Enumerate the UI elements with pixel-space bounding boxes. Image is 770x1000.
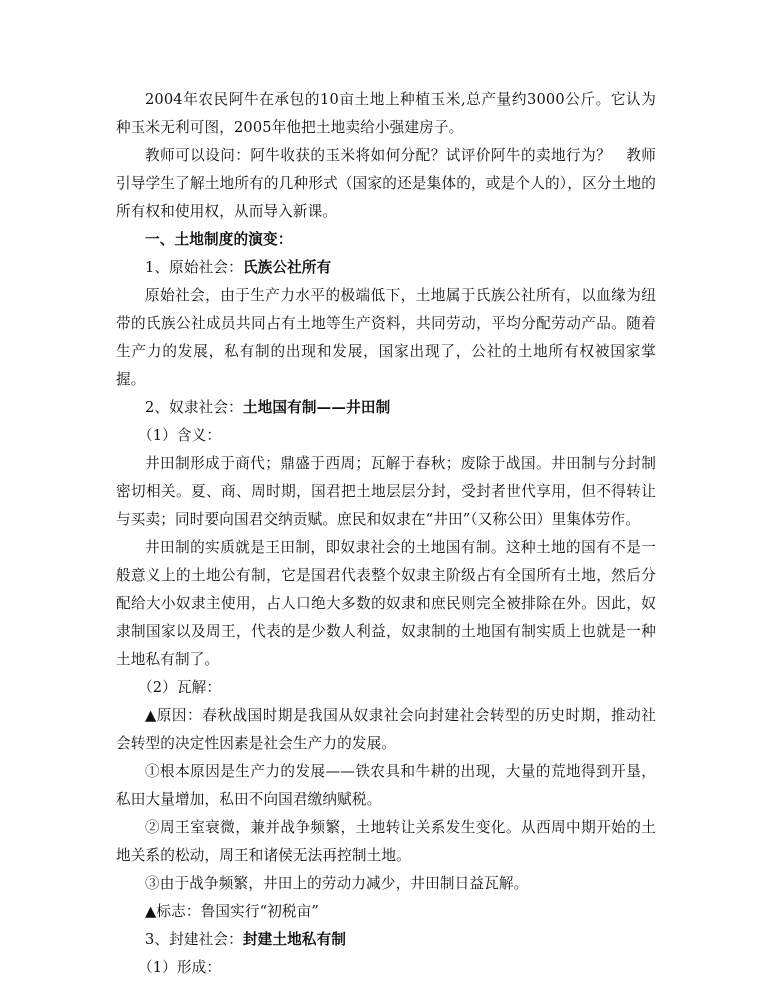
document-page: 2004年农民阿牛在承包的10亩土地上种植玉米,总产量约3000公斤。它认为种玉… [116,86,656,982]
primitive-society-paragraph: 原始社会，由于生产力水平的极端低下，土地属于氏族公社所有，以血缘为纽带的氏族公社… [116,282,656,394]
collapse-point-1: ①根本原因是生产力的发展——铁农具和牛耕的出现，大量的荒地得到开垦，私田大量增加… [116,758,656,814]
collapse-reason-paragraph: ▲原因：春秋战国时期是我国从奴隶社会向封建社会转型的历史时期，推动社会转型的决定… [116,702,656,758]
subsection-prefix: 1、原始社会： [145,259,243,276]
meaning-label: （1）含义： [116,422,656,450]
collapse-point-2: ②周王室衰微，兼并战争频繁，土地转让关系发生变化。从西周中期开始的土地关系的松动… [116,814,656,870]
well-field-meaning-paragraph-1: 井田制形成于商代；鼎盛于西周；瓦解于春秋；废除于战国。井田制与分封制密切相关。夏… [116,450,656,534]
subsection-heading-primitive-society: 1、原始社会：氏族公社所有 [116,254,656,282]
collapse-label: （2）瓦解： [116,674,656,702]
intro-paragraph-2: 教师可以设问：阿牛收获的玉米将如何分配？试评价阿牛的卖地行为？ 教师引导学生了解… [116,142,656,226]
well-field-meaning-paragraph-2: 井田制的实质就是王田制，即奴隶社会的土地国有制。这种土地的国有不是一般意义上的土… [116,534,656,674]
subsection-heading-slave-society: 2、奴隶社会：土地国有制——井田制 [116,394,656,422]
subsection-prefix: 2、奴隶社会： [145,399,243,416]
collapse-sign: ▲标志：鲁国实行“初税亩” [116,898,656,926]
collapse-point-3: ③由于战争频繁，井田上的劳动力减少，井田制日益瓦解。 [116,870,656,898]
formation-label: （1）形成： [116,954,656,982]
intro-paragraph-1: 2004年农民阿牛在承包的10亩土地上种植玉米,总产量约3000公斤。它认为种玉… [116,86,656,142]
subsection-title: 封建土地私有制 [243,931,346,948]
section-heading-land-system-evolution: 一、土地制度的演变： [116,226,656,254]
subsection-prefix: 3、封建社会： [145,931,243,948]
subsection-heading-feudal-society: 3、封建社会：封建土地私有制 [116,926,656,954]
subsection-title: 土地国有制——井田制 [243,399,390,416]
subsection-title: 氏族公社所有 [243,259,331,276]
